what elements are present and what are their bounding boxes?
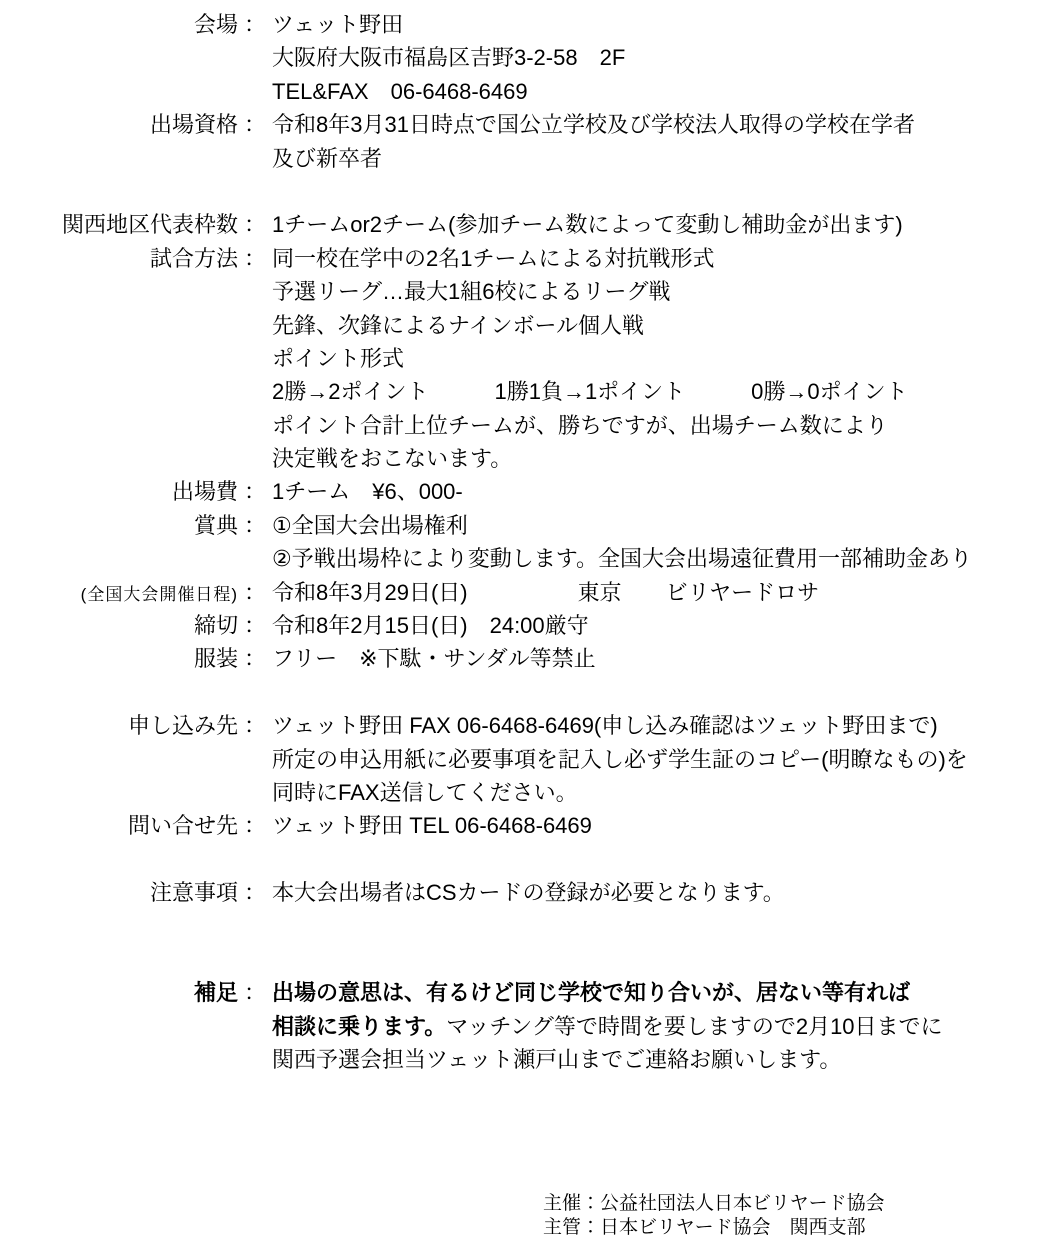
row-value: 決定戦をおこないます。: [272, 442, 1046, 475]
row-value: ツェット野田 FAX 06-6468-6469(申し込み確認はツェット野田まで): [272, 709, 1046, 742]
text-segment: TEL&FAX 06-6468-6469: [272, 79, 528, 104]
text-line: ポイント形式: [0, 342, 1046, 375]
row-colon: ：: [238, 509, 272, 542]
text-line: 試合方法：同一校在学中の2名1チームによる対抗戦形式: [0, 242, 1046, 275]
spacer-line: [0, 843, 1046, 876]
text-line: 同時にFAX送信してください。: [0, 776, 1046, 809]
text-line: 賞典：①全国大会出場権利: [0, 509, 1046, 542]
row-label: 出場費: [0, 475, 238, 508]
row-value: 令和8年2月15日(日) 24:00厳守: [272, 609, 1046, 642]
text-line: 出場資格：令和8年3月31日時点で国公立学校及び学校法人取得の学校在学者: [0, 108, 1046, 141]
text-segment: ツェット野田 FAX 06-6468-6469(申し込み確認はツェット野田まで): [272, 713, 938, 738]
text-line: 決定戦をおこないます。: [0, 442, 1046, 475]
row-colon: ：: [238, 475, 272, 508]
row-value: 同一校在学中の2名1チームによる対抗戦形式: [272, 242, 1046, 275]
text-segment: 同一校在学中の2名1チームによる対抗戦形式: [272, 246, 714, 271]
row-value: 出場の意思は、有るけど同じ学校で知り合いが、居ない等有れば: [272, 976, 1046, 1009]
text-line: 服装：フリー ※下駄・サンダル等禁止: [0, 642, 1046, 675]
row-value: ツェット野田: [272, 8, 1046, 41]
text-segment: 関西予選会担当ツェット瀬戸山までご連絡お願いします。: [272, 1047, 841, 1072]
row-value: 予選リーグ…最大1組6校によるリーグ戦: [272, 275, 1046, 308]
row-value: 1チームor2チーム(参加チーム数によって変動し補助金が出ます): [272, 208, 1046, 241]
row-value: TEL&FAX 06-6468-6469: [272, 75, 1046, 108]
text-segment: ①全国大会出場権利: [272, 513, 468, 538]
text-segment: 大阪府大阪市福島区吉野3-2-58 2F: [272, 45, 625, 70]
text-segment: 及び新卒者: [272, 146, 382, 171]
text-line: 先鋒、次鋒によるナインボール個人戦: [0, 309, 1046, 342]
row-colon: ：: [238, 108, 272, 141]
text-line: (全国大会開催日程)：令和8年3月29日(日) 東京 ビリヤードロサ: [0, 576, 1046, 609]
row-colon: ：: [238, 8, 272, 41]
row-label: 会場: [0, 8, 238, 41]
row-colon: ：: [238, 876, 272, 909]
row-label: 注意事項: [0, 876, 238, 909]
row-label: 出場資格: [0, 108, 238, 141]
row-label: 賞典: [0, 509, 238, 542]
row-colon: ：: [238, 242, 272, 275]
row-value: 2勝→2ポイント 1勝1負→1ポイント 0勝→0ポイント: [272, 375, 1046, 408]
spacer-line: [0, 175, 1046, 208]
text-segment: ツェット野田: [272, 12, 403, 37]
text-segment: フリー ※下駄・サンダル等禁止: [272, 646, 596, 671]
text-line: 注意事項：本大会出場者はCSカードの登録が必要となります。: [0, 876, 1046, 909]
content-rows: 会場：ツェット野田大阪府大阪市福島区吉野3-2-58 2FTEL&FAX 06-…: [0, 8, 1046, 1077]
spacer-line: [0, 943, 1046, 976]
text-line: 予選リーグ…最大1組6校によるリーグ戦: [0, 275, 1046, 308]
text-line: 所定の申込用紙に必要事項を記入し必ず学生証のコピー(明瞭なもの)を: [0, 743, 1046, 776]
row-colon: ：: [238, 809, 272, 842]
text-segment: 所定の申込用紙に必要事項を記入し必ず学生証のコピー(明瞭なもの)を: [272, 747, 968, 772]
footer-credits: 主催：公益社団法人日本ビリヤード協会 主管：日本ビリヤード協会 関西支部: [543, 1192, 1046, 1240]
text-segment: ②予戦出場枠により変動します。全国大会出場遠征費用一部補助金あり: [272, 546, 972, 571]
text-segment: ポイント合計上位チームが、勝ちですが、出場チーム数により: [272, 413, 888, 438]
row-label: 補足: [0, 976, 238, 1009]
row-colon: ：: [238, 208, 272, 241]
text-line: 締切：令和8年2月15日(日) 24:00厳守: [0, 609, 1046, 642]
row-value: 同時にFAX送信してください。: [272, 776, 1046, 809]
row-value: 令和8年3月29日(日) 東京 ビリヤードロサ: [272, 576, 1046, 609]
text-line: 大阪府大阪市福島区吉野3-2-58 2F: [0, 41, 1046, 74]
text-line: 及び新卒者: [0, 142, 1046, 175]
row-label: 服装: [0, 642, 238, 675]
row-value: フリー ※下駄・サンダル等禁止: [272, 642, 1046, 675]
document-page: 会場：ツェット野田大阪府大阪市福島区吉野3-2-58 2FTEL&FAX 06-…: [0, 0, 1046, 1254]
spacer-line: [0, 910, 1046, 943]
row-value: ポイント合計上位チームが、勝ちですが、出場チーム数により: [272, 409, 1046, 442]
row-value: 及び新卒者: [272, 142, 1046, 175]
organizer-line: 主催：公益社団法人日本ビリヤード協会: [543, 1192, 1046, 1216]
text-line: 相談に乗ります。マッチング等で時間を要しますので2月10日までに: [0, 1010, 1046, 1043]
row-value: 令和8年3月31日時点で国公立学校及び学校法人取得の学校在学者: [272, 108, 1046, 141]
row-label: 試合方法: [0, 242, 238, 275]
text-line: 補足：出場の意思は、有るけど同じ学校で知り合いが、居ない等有れば: [0, 976, 1046, 1009]
text-segment: 同時にFAX送信してください。: [272, 780, 578, 805]
row-value: ツェット野田 TEL 06-6468-6469: [272, 809, 1046, 842]
text-segment: 令和8年3月29日(日) 東京 ビリヤードロサ: [272, 580, 819, 605]
row-colon: ：: [238, 709, 272, 742]
row-label: 問い合せ先: [0, 809, 238, 842]
text-segment: 令和8年3月31日時点で国公立学校及び学校法人取得の学校在学者: [272, 112, 915, 137]
text-segment: ポイント形式: [272, 346, 404, 371]
row-colon: ：: [238, 642, 272, 675]
row-label: 申し込み先: [0, 709, 238, 742]
row-value: 大阪府大阪市福島区吉野3-2-58 2F: [272, 41, 1046, 74]
row-value: ①全国大会出場権利: [272, 509, 1046, 542]
row-value: ②予戦出場枠により変動します。全国大会出場遠征費用一部補助金あり: [272, 542, 1046, 575]
text-line: ②予戦出場枠により変動します。全国大会出場遠征費用一部補助金あり: [0, 542, 1046, 575]
text-line: 関西予選会担当ツェット瀬戸山までご連絡お願いします。: [0, 1043, 1046, 1076]
row-value: 先鋒、次鋒によるナインボール個人戦: [272, 309, 1046, 342]
text-segment: 1チーム ¥6、000-: [272, 479, 463, 504]
text-segment: 本大会出場者はCSカードの登録が必要となります。: [272, 880, 785, 905]
row-label: (全国大会開催日程): [0, 578, 238, 611]
text-line: 関西地区代表枠数：1チームor2チーム(参加チーム数によって変動し補助金が出ます…: [0, 208, 1046, 241]
text-line: ポイント合計上位チームが、勝ちですが、出場チーム数により: [0, 409, 1046, 442]
text-line: 出場費：1チーム ¥6、000-: [0, 475, 1046, 508]
text-segment: 相談に乗ります。: [272, 1014, 446, 1039]
text-line: 問い合せ先：ツェット野田 TEL 06-6468-6469: [0, 809, 1046, 842]
text-line: TEL&FAX 06-6468-6469: [0, 75, 1046, 108]
text-segment: 先鋒、次鋒によるナインボール個人戦: [272, 313, 644, 338]
row-value: 関西予選会担当ツェット瀬戸山までご連絡お願いします。: [272, 1043, 1046, 1076]
row-value: 相談に乗ります。マッチング等で時間を要しますので2月10日までに: [272, 1010, 1046, 1043]
text-segment: 決定戦をおこないます。: [272, 446, 512, 471]
text-line: 申し込み先：ツェット野田 FAX 06-6468-6469(申し込み確認はツェッ…: [0, 709, 1046, 742]
text-line: 2勝→2ポイント 1勝1負→1ポイント 0勝→0ポイント: [0, 375, 1046, 408]
row-colon: ：: [238, 609, 272, 642]
row-value: 本大会出場者はCSカードの登録が必要となります。: [272, 876, 1046, 909]
text-segment: 1チームor2チーム(参加チーム数によって変動し補助金が出ます): [272, 212, 903, 237]
text-segment: 令和8年2月15日(日) 24:00厳守: [272, 613, 589, 638]
row-colon: ：: [238, 576, 272, 609]
supervisor-line: 主管：日本ビリヤード協会 関西支部: [543, 1216, 1046, 1240]
text-segment: ツェット野田 TEL 06-6468-6469: [272, 813, 592, 838]
spacer-line: [0, 676, 1046, 709]
text-line: 会場：ツェット野田: [0, 8, 1046, 41]
text-segment: 出場の意思は、有るけど同じ学校で知り合いが、居ない等有れば: [272, 980, 910, 1005]
row-value: 1チーム ¥6、000-: [272, 475, 1046, 508]
text-segment: 2勝→2ポイント 1勝1負→1ポイント 0勝→0ポイント: [272, 379, 908, 404]
row-colon: ：: [238, 976, 272, 1009]
row-value: 所定の申込用紙に必要事項を記入し必ず学生証のコピー(明瞭なもの)を: [272, 743, 1046, 776]
row-label: 関西地区代表枠数: [0, 208, 238, 241]
row-value: ポイント形式: [272, 342, 1046, 375]
text-segment: マッチング等で時間を要しますので2月10日までに: [446, 1014, 942, 1039]
row-label: 締切: [0, 609, 238, 642]
text-segment: 予選リーグ…最大1組6校によるリーグ戦: [272, 279, 670, 304]
